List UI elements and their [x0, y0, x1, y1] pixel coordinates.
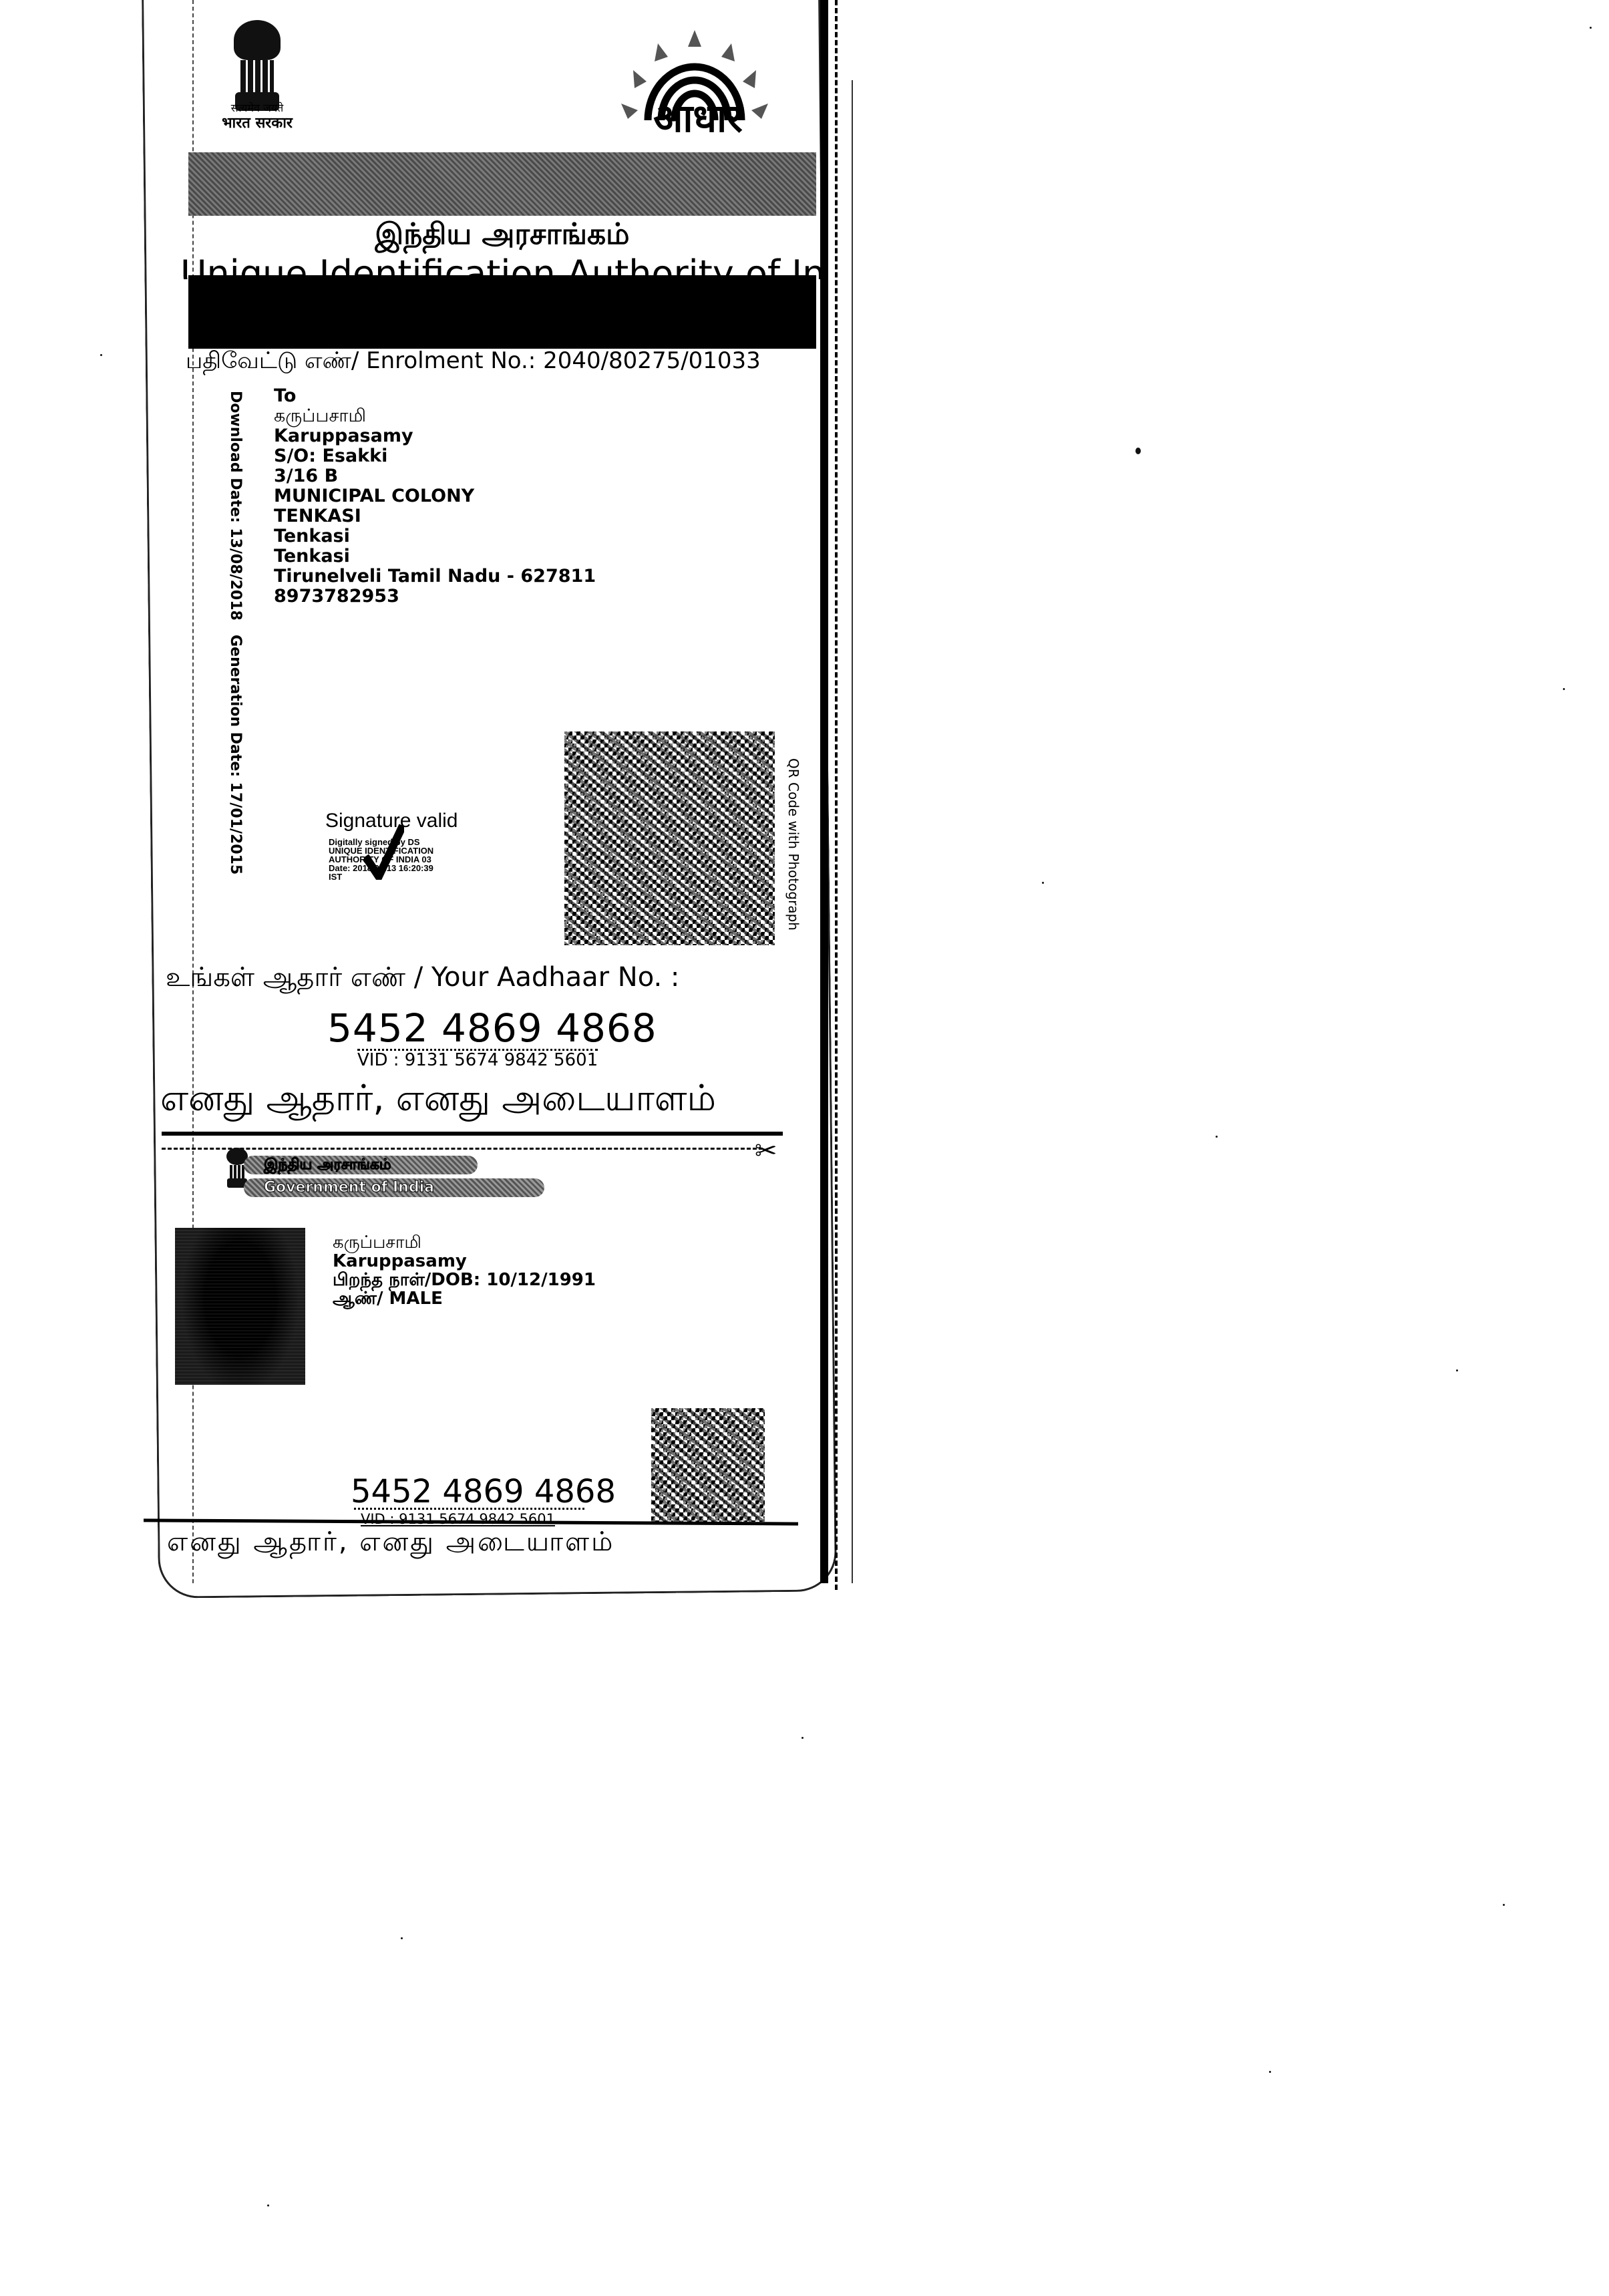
lower-gov-tamil: இந்திய அரசாங்கம்: [244, 1156, 478, 1174]
aadhaar-logo-text: आधार: [624, 99, 771, 138]
lower-gov-english: Government of India: [244, 1178, 544, 1197]
lower-vid-number: VID : 9131 5674 9842 5601: [361, 1511, 555, 1527]
holder-dob: பிறந்த நாள்/DOB: 10/12/1991: [333, 1271, 596, 1289]
header-band: [188, 152, 816, 216]
lower-slogan: எனது ஆதார், எனது அடையாளம்: [167, 1526, 614, 1561]
holder-name: Karuppasamy: [333, 1252, 596, 1271]
holder-name-tamil: கருப்பசாமி: [333, 1233, 596, 1252]
lower-aadhaar-number: 5452 4869 4868: [351, 1473, 616, 1510]
scissors-icon: ✂: [755, 1136, 777, 1166]
holder-details: கருப்பசாமி Karuppasamy பிறந்த நாள்/DOB: …: [333, 1233, 596, 1308]
address-line: To: [274, 386, 596, 406]
qr-caption: QR Code with Photograph: [785, 758, 801, 931]
gov-title-tamil: இந்திய அரசாங்கம்: [188, 217, 816, 255]
vid-number: VID : 9131 5674 9842 5601: [357, 1050, 598, 1070]
address-line: MUNICIPAL COLONY: [274, 486, 596, 506]
enrolment-value: 2040/80275/01033: [543, 347, 761, 374]
address-line: Tenkasi: [274, 546, 596, 566]
address-line: 3/16 B: [274, 466, 596, 486]
download-date: Download Date: 13/08/2018: [227, 391, 244, 621]
aadhaar-number-label: உங்கள் ஆதார் எண் / Your Aadhaar No. :: [166, 962, 679, 996]
laminate-edge: [852, 80, 853, 1583]
address-line: Tirunelveli Tamil Nadu - 627811: [274, 566, 596, 587]
address-line: 8973782953: [274, 587, 596, 607]
aadhaar-number: 5452 4869 4868: [327, 1005, 657, 1051]
checkmark-icon: [364, 823, 404, 880]
right-cut-line: [835, 0, 838, 1590]
holder-gender: ஆண்/ MALE: [333, 1289, 596, 1308]
address-line: Tenkasi: [274, 526, 596, 546]
cut-here-line: [162, 1148, 763, 1150]
address-line: Karuppasamy: [274, 426, 596, 446]
redaction-bar: [188, 275, 816, 349]
emblem-caption: भारत सरकार: [210, 112, 304, 132]
enrolment-number: பதிவேட்டு எண்/ Enrolment No.: 2040/80275…: [186, 347, 761, 377]
holder-photo: [175, 1228, 305, 1385]
slogan: எனது ஆதார், எனது அடையாளம்: [160, 1077, 716, 1124]
lower-number-underline: [354, 1508, 584, 1510]
address-line: S/O: Esakki: [274, 446, 596, 466]
qr-code-icon: [564, 731, 775, 945]
address-line: TENKASI: [274, 506, 596, 526]
address-block: To கருப்பசாமி Karuppasamy S/O: Esakki 3/…: [274, 386, 596, 607]
qr-code-small-icon: [651, 1408, 765, 1522]
right-border: [820, 0, 828, 1583]
section-divider: [162, 1132, 783, 1136]
generation-date: Generation Date: 17/01/2015: [227, 635, 244, 874]
address-line: கருப்பசாமி: [274, 406, 596, 426]
enrolment-label: பதிவேட்டு எண்/ Enrolment No.:: [186, 347, 536, 374]
